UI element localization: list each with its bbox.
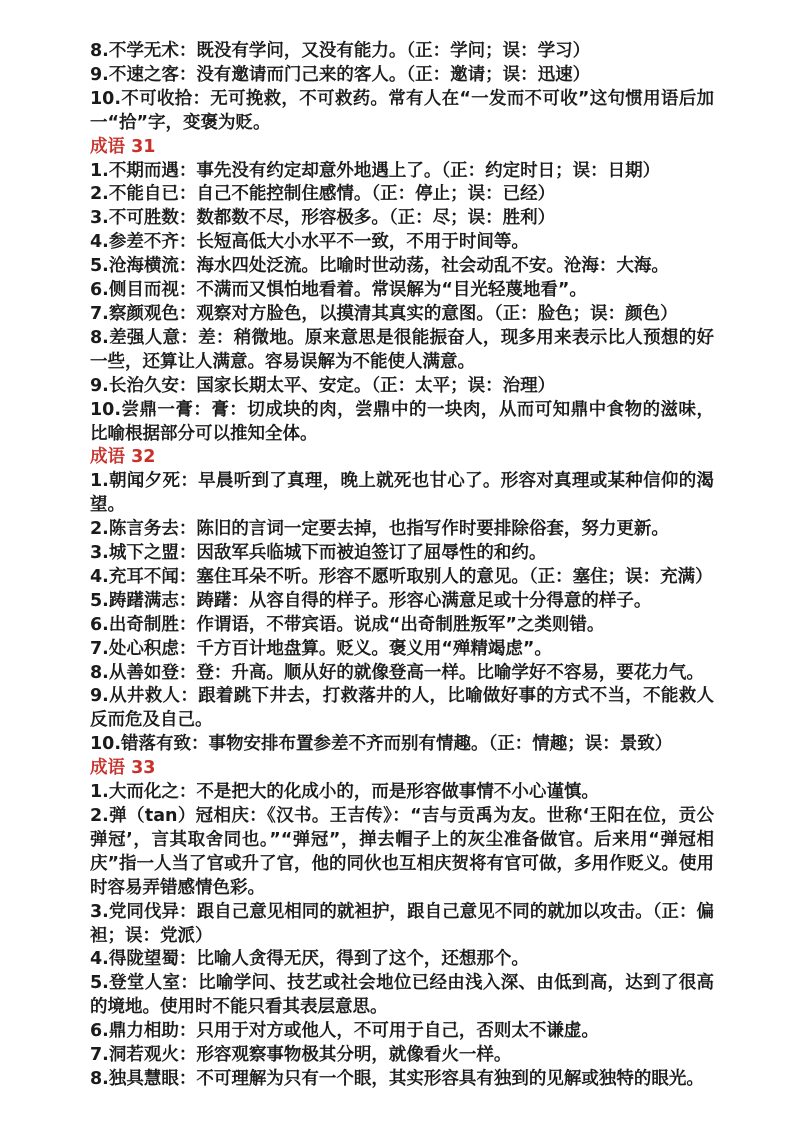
idiom-item: 8.从善如登：登：升高。顺从好的就像登高一样。比喻学好不容易，要花力气。 (90, 662, 714, 686)
idiom-section: 成语 33 1.大而化之：不是把大的化成小的，而是形容做事情不小心谨慎。2.弹（… (90, 757, 714, 1092)
idiom-item: 10.不可收拾：无可挽救，不可救药。常有人在“一发而不可收”这句惯用语后加一“拾… (90, 88, 714, 136)
idiom-item: 8.独具慧眼：不可理解为只有一个眼，其实形容具有独到的见解或独特的眼光。 (90, 1068, 714, 1092)
idiom-item: 7.察颜观色：观察对方脸色，以摸清其真实的意图。（正：脸色；误：颜色） (90, 303, 714, 327)
section-items: 1.大而化之：不是把大的化成小的，而是形容做事情不小心谨慎。2.弹（tan）冠相… (90, 781, 714, 1092)
idiom-item: 3.党同伐异：跟自己意见相同的就袒护，跟自己意见不同的就加以攻击。（正：偏袒；误… (90, 901, 714, 949)
idiom-item: 5.登堂人室：比喻学问、技艺或社会地位已经由浅入深、由低到高，达到了很高的境地。… (90, 972, 714, 1020)
idiom-item: 1.朝闻夕死：早晨听到了真理，晚上就死也甘心了。形容对真理或某种信仰的渴望。 (90, 470, 714, 518)
section-heading: 成语 31 (90, 136, 714, 160)
idiom-item: 10.尝鼎一膏：膏：切成块的肉，尝鼎中的一块肉，从而可知鼎中食物的滋味，比喻根据… (90, 399, 714, 447)
idiom-item: 8.不学无术：既没有学问，又没有能力。（正：学问；误：学习） (90, 40, 714, 64)
document-page: 8.不学无术：既没有学问，又没有能力。（正：学问；误：学习）9.不速之客：没有邀… (0, 0, 800, 1147)
idiom-item: 1.大而化之：不是把大的化成小的，而是形容做事情不小心谨慎。 (90, 781, 714, 805)
idiom-item: 6.出奇制胜：作谓语，不带宾语。说成“出奇制胜叛军”之类则错。 (90, 614, 714, 638)
idiom-item: 8.差强人意：差：稍微地。原来意思是很能振奋人，现多用来表示比人预想的好一些，还… (90, 327, 714, 375)
idiom-item: 3.不可胜数：数都数不尽，形容极多。（正：尽；误：胜利） (90, 207, 714, 231)
section-items: 1.朝闻夕死：早晨听到了真理，晚上就死也甘心了。形容对真理或某种信仰的渴望。2.… (90, 470, 714, 757)
idiom-item: 7.处心积虑：千方百计地盘算。贬义。褒义用“殚精竭虑”。 (90, 638, 714, 662)
idiom-item: 2.不能自已：自己不能控制住感情。（正：停止；误：已经） (90, 183, 714, 207)
idiom-item: 9.不速之客：没有邀请而门己来的客人。（正：邀请；误：迅速） (90, 64, 714, 88)
idiom-item: 2.弹（tan）冠相庆：《汉书。王吉传》：“吉与贡禹为友。世称‘王阳在位，贡公弹… (90, 805, 714, 901)
idiom-section: 成语 32 1.朝闻夕死：早晨听到了真理，晚上就死也甘心了。形容对真理或某种信仰… (90, 446, 714, 757)
idiom-item: 2.陈言务去：陈旧的言词一定要去掉，也指写作时要排除俗套，努力更新。 (90, 518, 714, 542)
idiom-sections: 成语 31 1.不期而遇：事先没有约定却意外地遇上了。（正：约定时日；误：日期）… (90, 136, 714, 1092)
idiom-item: 5.踌躇满志：踌躇：从容自得的样子。形容心满意足或十分得意的样子。 (90, 590, 714, 614)
idiom-document-content: 8.不学无术：既没有学问，又没有能力。（正：学问；误：学习）9.不速之客：没有邀… (90, 40, 714, 1092)
section-items: 1.不期而遇：事先没有约定却意外地遇上了。（正：约定时日；误：日期）2.不能自已… (90, 160, 714, 447)
idiom-item: 10.错落有致：事物安排布置参差不齐而别有情趣。（正：情趣；误：景致） (90, 733, 714, 757)
idiom-section: 成语 31 1.不期而遇：事先没有约定却意外地遇上了。（正：约定时日；误：日期）… (90, 136, 714, 447)
idiom-item: 7.洞若观火：形容观察事物极其分明，就像看火一样。 (90, 1044, 714, 1068)
idiom-item: 9.从井救人：跟着跳下井去，打救落井的人，比喻做好事的方式不当，不能救人反而危及… (90, 685, 714, 733)
idiom-item: 1.不期而遇：事先没有约定却意外地遇上了。（正：约定时日；误：日期） (90, 160, 714, 184)
idiom-item: 4.参差不齐：长短高低大小水平不一致，不用于时间等。 (90, 231, 714, 255)
idiom-item: 6.侧目而视：不满而又惧怕地看着。常误解为“目光轻蔑地看”。 (90, 279, 714, 303)
idiom-item: 4.得陇望蜀：比喻人贪得无厌，得到了这个，还想那个。 (90, 948, 714, 972)
section-heading: 成语 33 (90, 757, 714, 781)
section-heading: 成语 32 (90, 446, 714, 470)
idiom-item: 9.长治久安：国家长期太平、安定。（正：太平；误：治理） (90, 375, 714, 399)
idiom-item: 5.沧海横流：海水四处泛流。比喻时世动荡，社会动乱不安。沧海：大海。 (90, 255, 714, 279)
idiom-item: 4.充耳不闻：塞住耳朵不听。形容不愿听取别人的意见。（正：塞住；误：充满） (90, 566, 714, 590)
leading-items: 8.不学无术：既没有学问，又没有能力。（正：学问；误：学习）9.不速之客：没有邀… (90, 40, 714, 136)
idiom-item: 6.鼎力相助：只用于对方或他人，不可用于自己，否则太不谦虚。 (90, 1020, 714, 1044)
idiom-item: 3.城下之盟：因敌军兵临城下而被迫签订了屈辱性的和约。 (90, 542, 714, 566)
